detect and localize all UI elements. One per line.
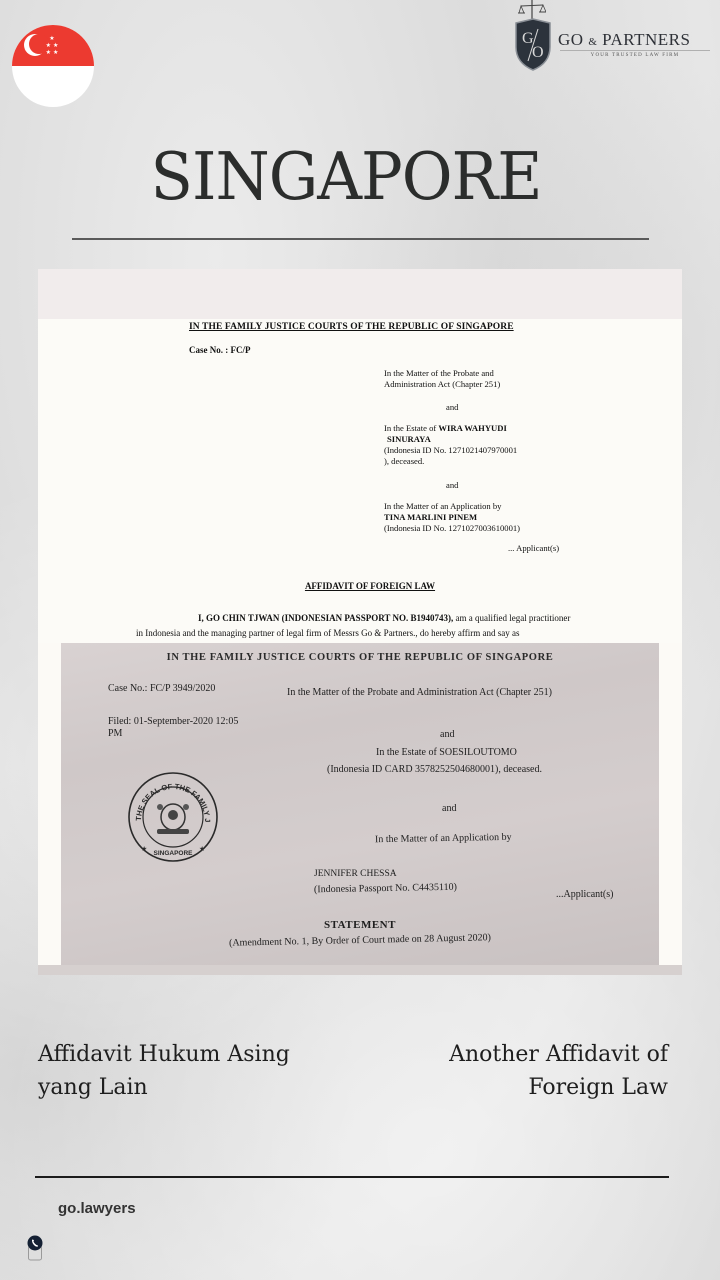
affidavit-title: AFFIDAVIT OF FOREIGN LAW	[38, 581, 682, 591]
svg-text:O: O	[532, 44, 544, 61]
application-block: In the Matter of an Application by TINA …	[384, 501, 520, 534]
svg-text:★: ★	[199, 845, 205, 853]
document-top-band	[38, 269, 682, 319]
estate-text: In the Estate of SOESILOUTOMO	[376, 747, 517, 758]
court-heading: IN THE FAMILY JUSTICE COURTS OF THE REPU…	[189, 322, 514, 332]
and-text: and	[440, 729, 454, 740]
singapore-flag-icon: ★★ ★★ ★	[12, 25, 94, 107]
estate-id: (Indonesia ID CARD 3578252504680001), de…	[327, 764, 542, 775]
document-bottom-edge	[38, 965, 682, 975]
shield-monogram-icon: G O	[514, 17, 552, 71]
court-heading: IN THE FAMILY JUSTICE COURTS OF THE REPU…	[61, 652, 659, 663]
matter-text: In the Matter of the Probate and Adminis…	[287, 687, 552, 698]
caption-indonesian: Affidavit Hukum Asing yang Lain	[38, 1038, 338, 1104]
case-number: Case No. : FC/P	[189, 345, 251, 355]
and-text: and	[446, 480, 458, 490]
title-divider	[72, 238, 649, 240]
statement-heading: STATEMENT	[61, 919, 659, 931]
amendment-text: (Amendment No. 1, By Order of Court made…	[61, 929, 659, 953]
document-image: IN THE FAMILY JUSTICE COURTS OF THE REPU…	[38, 269, 682, 975]
and-text: and	[446, 402, 458, 412]
brand-tagline: YOUR TRUSTED LAW FIRM	[560, 53, 710, 58]
footer-divider	[35, 1176, 669, 1178]
matter-block: In the Matter of the Probate and Adminis…	[384, 368, 500, 390]
svg-text:★: ★	[141, 845, 147, 853]
logo-divider	[560, 50, 710, 51]
caption-english: Another Affidavit of Foreign Law	[368, 1038, 668, 1104]
filed-date: Filed: 01-September-2020 12:05 PM	[108, 716, 238, 740]
page-title: SINGAPORE	[0, 138, 692, 215]
applicant-passport: (Indonesia Passport No. C4435110)	[314, 882, 457, 895]
estate-block: In the Estate of WIRA WAHYUDI SINURAYA (…	[384, 423, 517, 467]
brand-logo: G O GO & PARTNERS YOUR TRUSTED LAW FIRM	[508, 0, 713, 75]
affidavit-document: IN THE FAMILY JUSTICE COURTS OF THE REPU…	[38, 319, 682, 643]
applicant-label: ...Applicant(s)	[556, 889, 614, 900]
applicant-label: ... Applicant(s)	[508, 543, 559, 553]
case-number: Case No.: FC/P 3949/2020	[108, 683, 215, 694]
and-text: and	[442, 803, 456, 814]
statement-document-photo: IN THE FAMILY JUSTICE COURTS OF THE REPU…	[61, 643, 659, 965]
applicant-name: JENNIFER CHESSA	[314, 869, 397, 879]
application-text: In the Matter of an Application by	[375, 832, 512, 845]
affidavit-paragraph: I, GO CHIN TJWAN (INDONESIAN PASSPORT NO…	[198, 613, 570, 623]
social-handle[interactable]: go.lawyers	[58, 1200, 136, 1217]
phone-icon[interactable]	[27, 1234, 43, 1262]
brand-name: GO & PARTNERS	[558, 30, 690, 50]
svg-text:SINGAPORE: SINGAPORE	[153, 850, 193, 857]
affidavit-paragraph-line2: in Indonesia and the managing partner of…	[136, 628, 519, 638]
court-seal-icon: THE SEAL OF THE FAMILY JUSTICE COURTS SI…	[127, 771, 219, 863]
